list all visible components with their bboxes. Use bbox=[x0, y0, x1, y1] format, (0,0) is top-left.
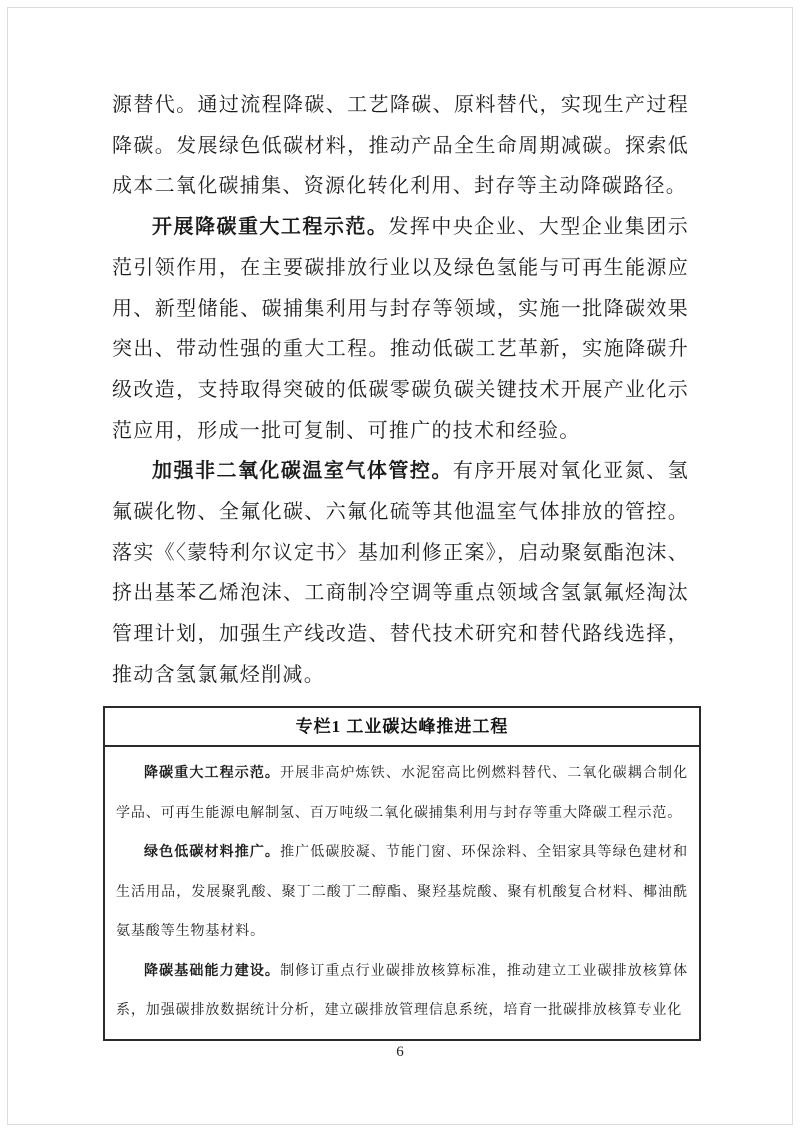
paragraph-lead: 开展降碳重大工程示范。 bbox=[152, 216, 388, 238]
paragraph-lead: 降碳基础能力建设。 bbox=[144, 964, 280, 979]
paragraph-lead: 绿色低碳材料推广。 bbox=[144, 845, 280, 860]
paragraph-text: 有序开展对氧化亚氮、氢氟碳化物、全氟化碳、六氟化硫等其他温室气体排放的管控。落实… bbox=[112, 460, 689, 686]
paragraph-text: 发挥中央企业、大型企业集团示范引领作用，在主要碳排放行业以及绿色氢能与可再生能源… bbox=[112, 216, 689, 442]
callout-title: 专栏1 工业碳达峰推进工程 bbox=[105, 708, 699, 747]
callout-paragraph-2: 绿色低碳材料推广。推广低碳胶凝、节能门窗、环保涂料、全铝家具等绿色建材和生活用品… bbox=[116, 833, 688, 952]
callout-paragraph-1: 降碳重大工程示范。开展非高炉炼铁、水泥窑高比例燃料替代、二氧化碳耦合制化学品、可… bbox=[116, 754, 688, 833]
body-paragraph-3: 加强非二氧化碳温室气体管控。有序开展对氧化亚氮、氢氟碳化物、全氟化碳、六氟化硫等… bbox=[112, 451, 689, 695]
page-number: 6 bbox=[0, 1044, 800, 1061]
paragraph-text: 源替代。通过流程降碳、工艺降碳、原料替代，实现生产过程降碳。发展绿色低碳材料，推… bbox=[112, 94, 689, 197]
callout-box: 专栏1 工业碳达峰推进工程 降碳重大工程示范。开展非高炉炼铁、水泥窑高比例燃料替… bbox=[103, 706, 701, 1041]
body-paragraph-2: 开展降碳重大工程示范。发挥中央企业、大型企业集团示范引领作用，在主要碳排放行业以… bbox=[112, 207, 689, 451]
body-text: 源替代。通过流程降碳、工艺降碳、原料替代，实现生产过程降碳。发展绿色低碳材料，推… bbox=[112, 85, 689, 696]
body-paragraph-1: 源替代。通过流程降碳、工艺降碳、原料替代，实现生产过程降碳。发展绿色低碳材料，推… bbox=[112, 85, 689, 207]
callout-body: 降碳重大工程示范。开展非高炉炼铁、水泥窑高比例燃料替代、二氧化碳耦合制化学品、可… bbox=[105, 747, 699, 1039]
paragraph-lead: 降碳重大工程示范。 bbox=[144, 766, 280, 781]
paragraph-lead: 加强非二氧化碳温室气体管控。 bbox=[152, 460, 453, 482]
callout-paragraph-3: 降碳基础能力建设。制修订重点行业碳排放核算标准，推动建立工业碳排放核算体系，加强… bbox=[116, 952, 688, 1031]
